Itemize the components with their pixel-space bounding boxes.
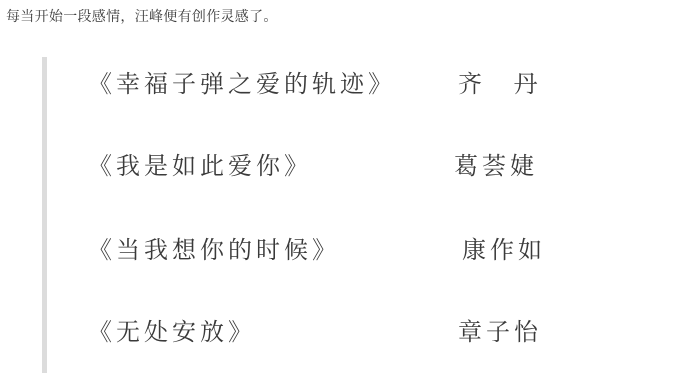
song-row: 《当我想你的时候》 康作如 bbox=[0, 234, 685, 274]
song-row: 《幸福子弹之爱的轨迹》 齐 丹 bbox=[0, 68, 685, 108]
song-title: 《无处安放》 bbox=[88, 316, 256, 348]
song-row: 《我是如此爱你》 葛荟婕 bbox=[0, 150, 685, 190]
singer-name: 章子怡 bbox=[458, 316, 542, 348]
song-title: 《当我想你的时候》 bbox=[88, 234, 340, 266]
intro-paragraph: 每当开始一段感情，汪峰便有创作灵感了。 bbox=[6, 8, 278, 26]
singer-name: 葛荟婕 bbox=[454, 150, 538, 182]
singer-name: 齐 丹 bbox=[458, 68, 538, 100]
song-title: 《幸福子弹之爱的轨迹》 bbox=[88, 68, 396, 100]
singer-name: 康作如 bbox=[462, 234, 546, 266]
song-title: 《我是如此爱你》 bbox=[88, 150, 312, 182]
song-row: 《无处安放》 章子怡 bbox=[0, 316, 685, 356]
